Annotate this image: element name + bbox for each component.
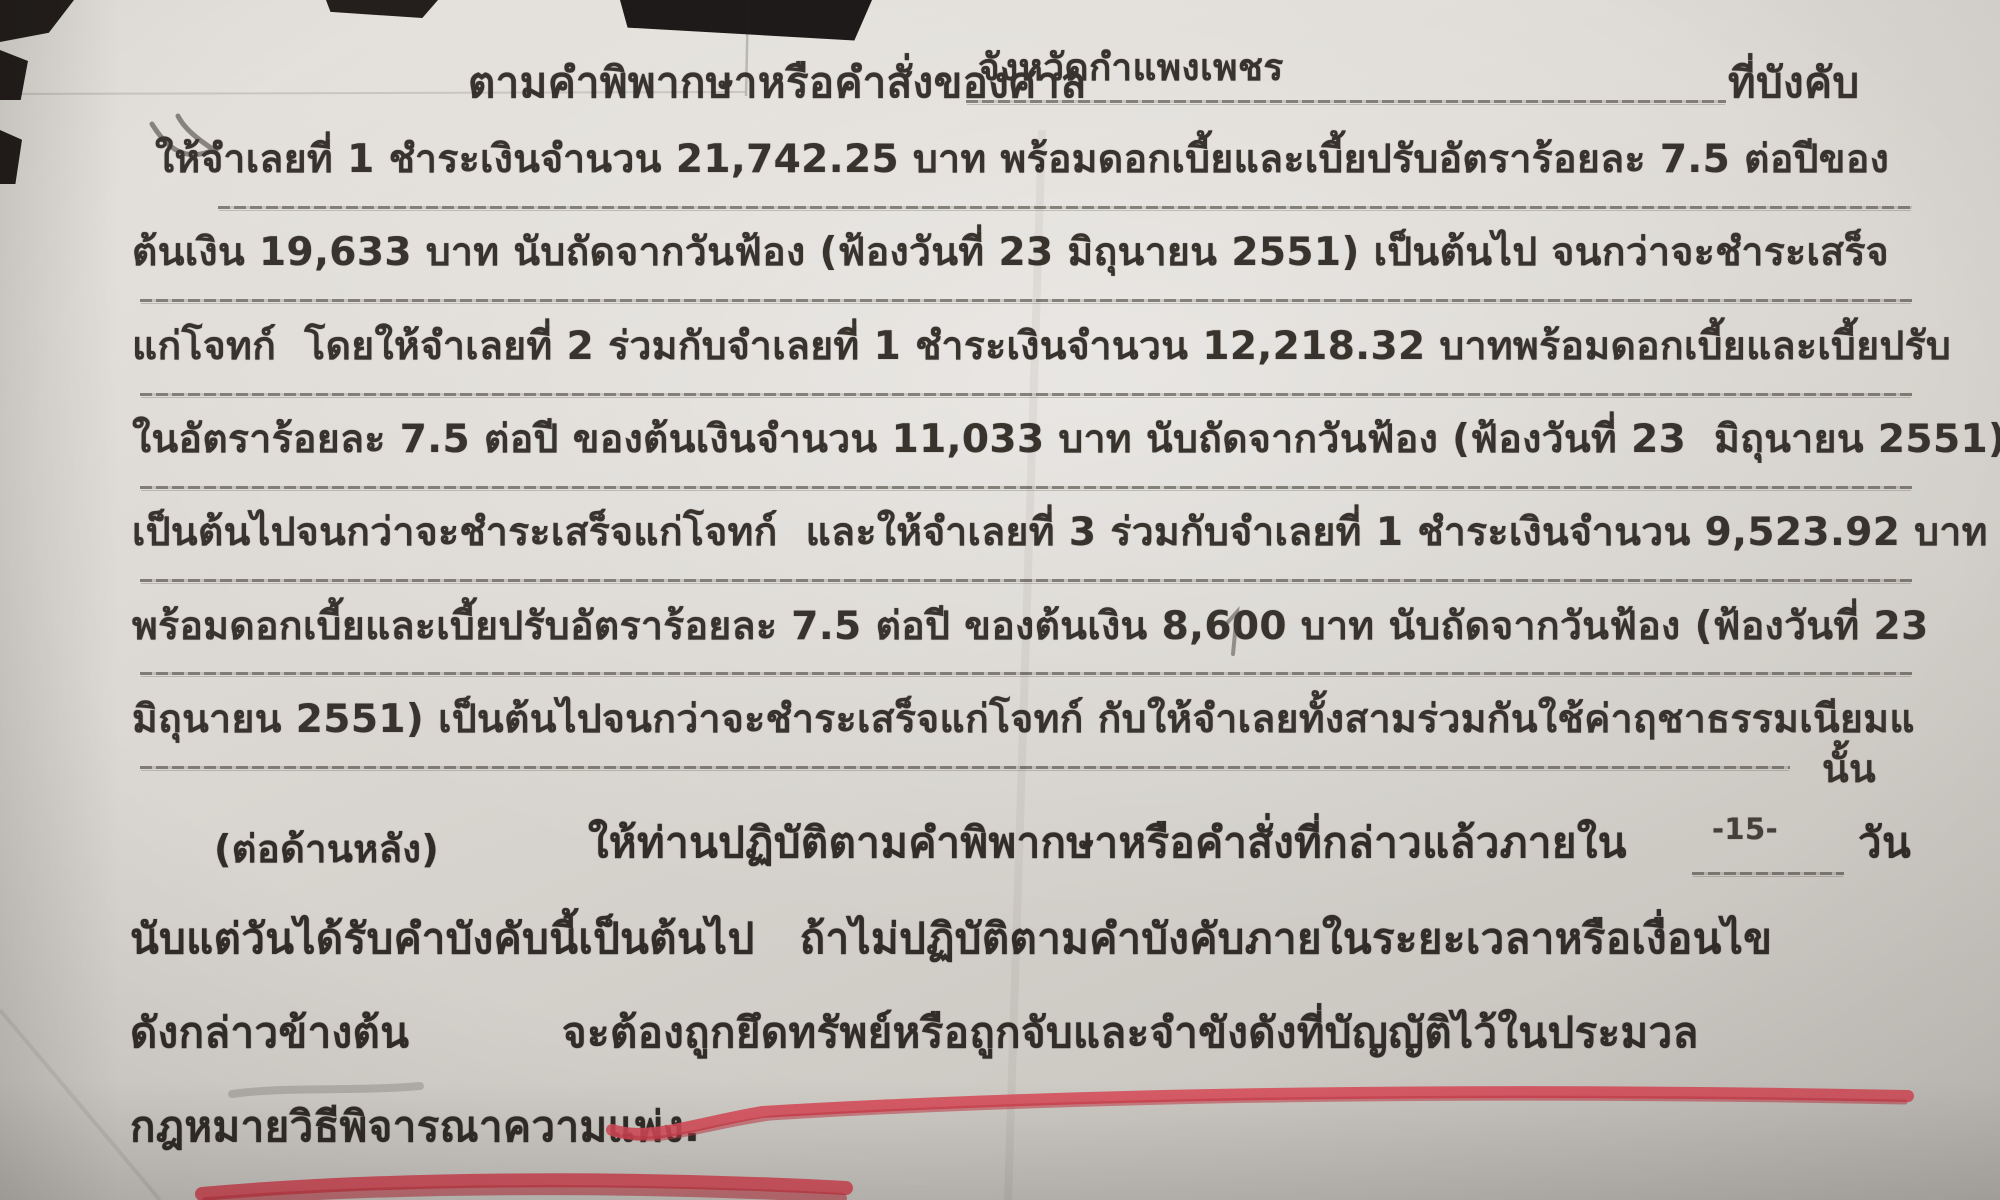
judgment-line: แก่โจทก์ โดยให้จำเลยที่ 2 ร่วมกับจำเลยที… <box>132 315 1951 377</box>
judgment-line: เป็นต้นไปจนกว่าจะชำระเสร็จแก่โจทก์ และให… <box>132 501 1988 563</box>
court-name-rule <box>966 100 1726 103</box>
court-name-fillin: จังหวัดกำแพงเพชร <box>978 38 1284 97</box>
order-line3-left: ดังกล่าวข้างต้น <box>130 1000 409 1066</box>
order-line2: นับแต่วันได้รับคำบังคับนี้เป็นต้นไป ถ้าไ… <box>130 906 1772 972</box>
ruled-line <box>140 672 1912 675</box>
ruled-line <box>140 486 1912 489</box>
ruled-line <box>140 579 1912 582</box>
ruled-line <box>140 766 1790 769</box>
order-line3-right: จะต้องถูกยึดทรัพย์หรือถูกจับและจำขังดังท… <box>562 1000 1699 1066</box>
days-fillin: -15- <box>1712 812 1778 846</box>
ruled-line <box>140 393 1912 396</box>
order-line4: กฎหมายวิธีพิจารณาความแพ่ง. <box>130 1094 700 1160</box>
judgment-line: ในอัตราร้อยละ 7.5 ต่อปี ของต้นเงินจำนวน … <box>132 408 2000 470</box>
days-rule <box>1692 872 1844 875</box>
ruled-line <box>218 206 1912 209</box>
overflow-word: นั้น <box>1822 738 1876 800</box>
judgment-line: ต้นเงิน 19,633 บาท นับถัดจากวันฟ้อง (ฟ้อ… <box>132 221 1889 283</box>
form-title-suffix: ที่บังคับ <box>1728 50 1860 116</box>
judgment-line: ให้จำเลยที่ 1 ชำระเงินจำนวน 21,742.25 บา… <box>155 128 1889 190</box>
judgment-line: พร้อมดอกเบี้ยและเบี้ยปรับอัตราร้อยละ 7.5… <box>132 595 1929 657</box>
judgment-line: มิถุนายน 2551) เป็นต้นไปจนกว่าจะชำระเสร็… <box>132 688 1915 750</box>
back-side-note: (ต่อด้านหลัง) <box>214 818 439 879</box>
order-line1-pre: ให้ท่านปฏิบัติตามคำพิพากษาหรือคำสั่งที่ก… <box>588 810 1627 876</box>
order-line1-post: วัน <box>1858 810 1911 876</box>
court-writ-photo: { "doc": { "header": { "prefix": "ตามคำพ… <box>0 0 2000 1200</box>
ruled-line <box>140 299 1912 302</box>
